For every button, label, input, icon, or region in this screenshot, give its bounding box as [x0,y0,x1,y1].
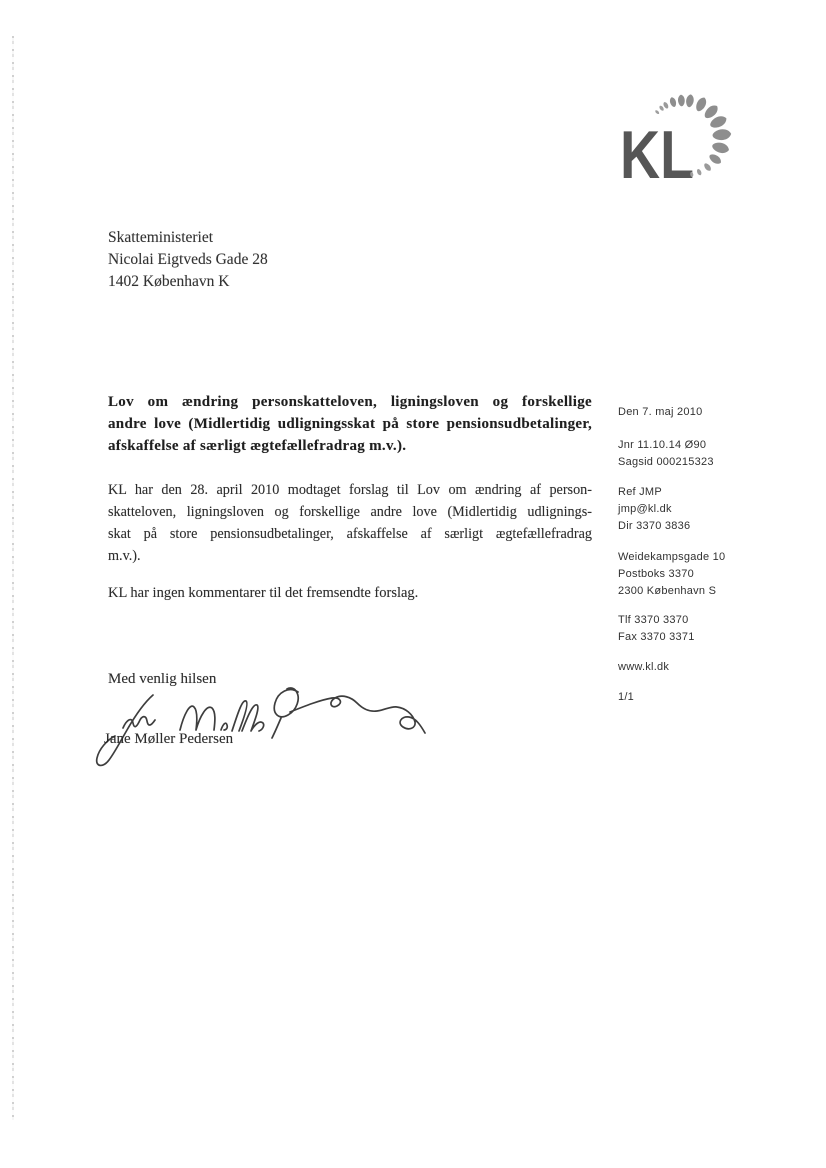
body-paragraph-1: KL har den 28. april 2010 modtaget forsl… [108,479,592,567]
handwritten-signature [85,670,435,775]
kl-logo-letters: KL [620,117,694,193]
signature-stroke-jane [97,695,155,765]
text-line: andre love (Midlertidig udligningsskat p… [108,413,592,435]
journal-number: Jnr 11.10.14 Ø90 [618,437,798,454]
text-line: skat på store pensionsudbetalinger, afsk… [108,523,592,545]
text-line: skatteloven, ligningsloven og forskellig… [108,501,592,523]
body-paragraph-2: KL har ingen kommentarer til det fremsen… [108,585,418,602]
signature-stroke-pedersen [272,688,425,738]
recipient-street: Nicolai Eigtveds Gade 28 [108,249,268,271]
recipient-city: 1402 København K [108,271,268,293]
website: www.kl.dk [618,659,798,676]
recipient-name: Skatteministeriet [108,227,268,249]
kl-logo: KL [616,92,750,194]
fax: Fax 3370 3371 [618,629,798,646]
reference: Ref JMP [618,484,798,501]
case-id: Sagsid 000215323 [618,454,798,471]
letter-page: KL Skatteministeriet Nicolai Eigtveds Ga… [0,0,826,1168]
recipient-address: Skatteministeriet Nicolai Eigtveds Gade … [108,227,268,293]
page-number: 1/1 [618,689,798,706]
signature-stroke-moller [180,701,264,731]
letter-date: Den 7. maj 2010 [618,404,798,421]
text-line: afskaffelse af særligt ægtefællefradrag … [108,435,592,457]
scan-artifact-line [12,36,14,1120]
text-line: Lov om ændring personskatteloven, lignin… [108,391,592,413]
phone: Tlf 3370 3370 [618,612,798,629]
letterhead-sidebar: Den 7. maj 2010 Jnr 11.10.14 Ø90 Sagsid … [618,404,798,706]
text-line: KL har den 28. april 2010 modtaget forsl… [108,479,592,501]
sender-city: 2300 København S [618,583,798,600]
direct-phone: Dir 3370 3836 [618,518,798,535]
sender-po-box: Postboks 3370 [618,566,798,583]
email: jmp@kl.dk [618,501,798,518]
sender-street: Weidekampsgade 10 [618,549,798,566]
text-line: m.v.). [108,545,592,567]
subject-heading: Lov om ændring personskatteloven, lignin… [108,391,592,457]
